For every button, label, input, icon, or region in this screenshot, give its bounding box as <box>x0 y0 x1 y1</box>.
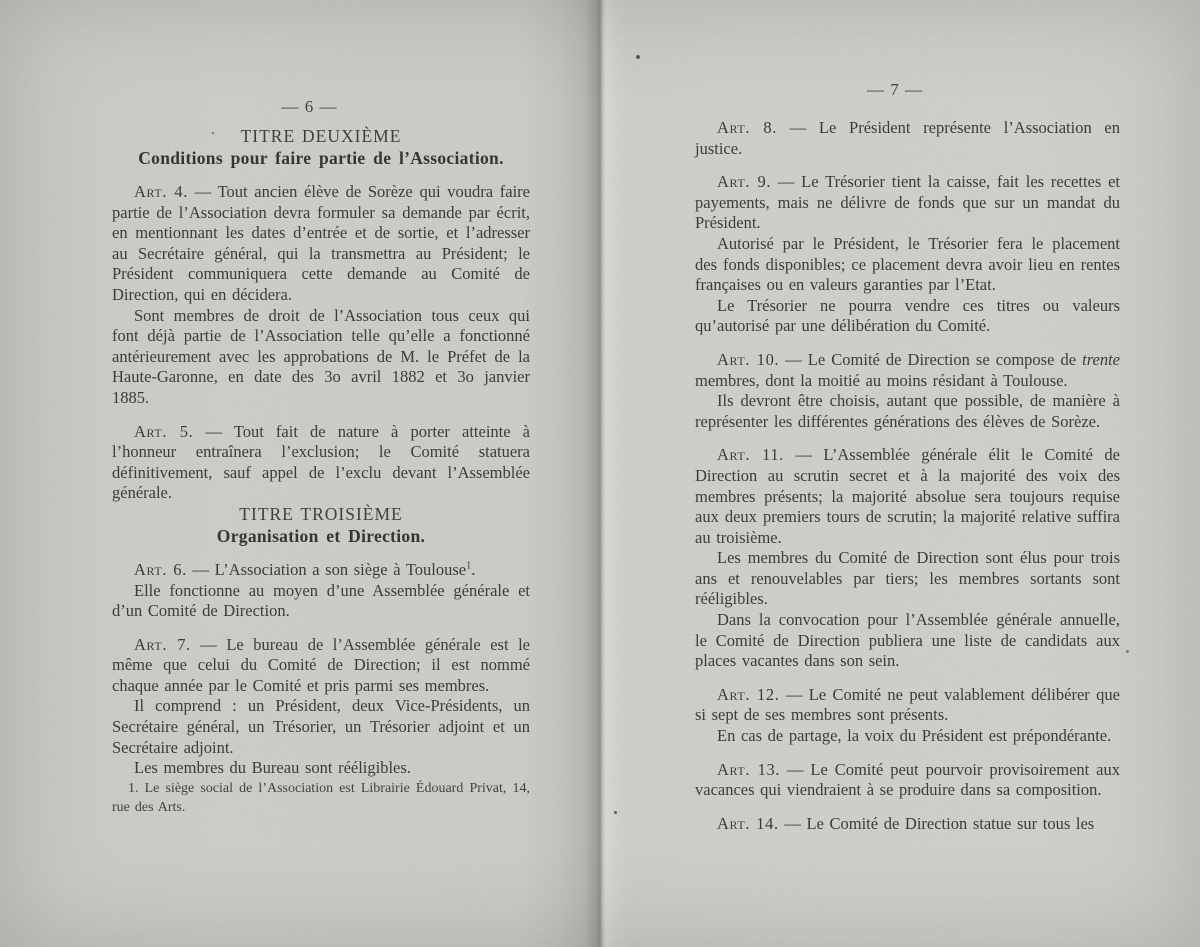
subheading: Organisation et Direction. <box>112 525 530 547</box>
paragraph: Sont membres de droit de l’Association t… <box>112 306 530 409</box>
text-column: TITRE DEUXIÈMEConditions pour faire part… <box>112 126 530 817</box>
paragraph: En cas de partage, la voix du Président … <box>695 726 1120 747</box>
text-column: Art. 8. — Le Président représente l’Asso… <box>695 105 1120 834</box>
paragraph: Il comprend : un Président, deux Vice-Pr… <box>112 696 530 758</box>
paragraph: Elle fonctionne au moyen d’une Assemblée… <box>112 581 530 622</box>
paragraph: Dans la convocation pour l’Assemblée gén… <box>695 610 1120 672</box>
article-paragraph: Art. 8. — Le Président représente l’Asso… <box>695 118 1120 159</box>
article-paragraph: Art. 9. — Le Trésorier tient la caisse, … <box>695 172 1120 234</box>
article-paragraph: Art. 6. — L’Association a son siège à To… <box>112 560 530 581</box>
article-paragraph: Art. 4. — Tout ancien élève de Sorèze qu… <box>112 182 530 306</box>
book-spread: — 6 — TITRE DEUXIÈMEConditions pour fair… <box>0 0 1200 947</box>
article-paragraph: Art. 11. — L’Assemblée générale élit le … <box>695 445 1120 548</box>
article-paragraph: Art. 5. — Tout fait de nature à porter a… <box>112 422 530 504</box>
article-paragraph: Art. 14. — Le Comité de Direction statue… <box>695 814 1120 835</box>
paragraph: Les membres du Bureau sont rééligibles. <box>112 758 530 779</box>
page-left: — 6 — TITRE DEUXIÈMEConditions pour fair… <box>0 0 600 947</box>
paragraph: Ils devront être choisis, autant que pos… <box>695 391 1120 432</box>
heading: TITRE DEUXIÈME <box>112 126 530 147</box>
article-paragraph: Art. 10. — Le Comité de Direction se com… <box>695 350 1120 391</box>
footnote: 1. Le siège social de l’Association est … <box>112 779 530 817</box>
paragraph: Les membres du Comité de Direction sont … <box>695 548 1120 610</box>
article-paragraph: Art. 12. — Le Comité ne peut valablement… <box>695 685 1120 726</box>
article-paragraph: Art. 7. — Le bureau de l’Assemblée génér… <box>112 635 530 697</box>
page-number: — 6 — <box>112 97 507 117</box>
heading: TITRE TROISIÈME <box>112 504 530 525</box>
article-paragraph: Art. 13. — Le Comité peut pourvoir provi… <box>695 760 1120 801</box>
page-right: — 7 — Art. 8. — Le Président représente … <box>600 0 1200 947</box>
subheading: Conditions pour faire partie de l’Associ… <box>112 147 530 169</box>
page-number: — 7 — <box>695 80 1095 100</box>
paragraph: Autorisé par le Président, le Trésorier … <box>695 234 1120 296</box>
paragraph: Le Trésorier ne pourra vendre ces titres… <box>695 296 1120 337</box>
